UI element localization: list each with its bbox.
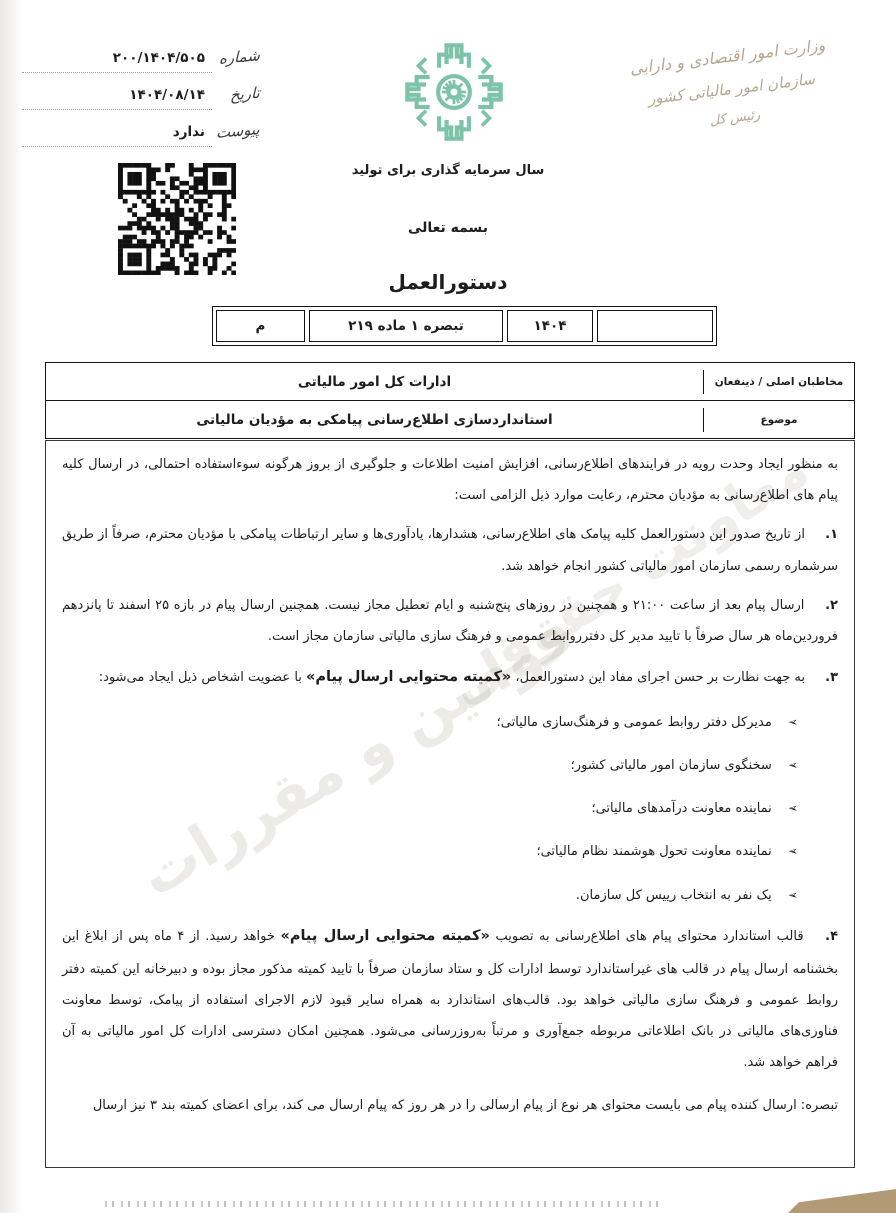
item-3-committee-name: «کمیته محتوایی ارسال پیام» — [306, 669, 511, 685]
item-1-number: ۱. — [825, 527, 838, 542]
classification-cell-year: ۱۴۰۴ — [507, 310, 593, 342]
classification-cell-type-code: م — [216, 310, 305, 342]
item-2: ۲. ارسال پیام بعد از ساعت ۲۱:۰۰ و همچنین… — [62, 590, 838, 652]
item-4-text-after: خواهد رسید. از ۴ ماه پس از ابلاغ این بخش… — [62, 929, 838, 1070]
subject-value: استانداردسازی اطلاع‌رسانی پیامکی به مؤدی… — [46, 408, 704, 432]
scan-edge-shading — [0, 0, 24, 1213]
committee-member-item: ➢ یک نفر به انتخاب رییس کل سازمان. — [62, 880, 798, 911]
letter-attachment-value: ندارد — [173, 124, 205, 140]
item-1: ۱. از تاریخ صدور این دستورالعمل کلیه پیا… — [62, 519, 838, 581]
committee-member-item: ➢ نماینده معاونت درآمدهای مالیاتی؛ — [62, 793, 798, 824]
committee-member-item: ➢ مدیرکل دفتر روابط عمومی و فرهنگ‌سازی م… — [62, 707, 798, 738]
document-type-title: دستورالعمل — [0, 270, 896, 294]
arrow-bullet-icon: ➢ — [788, 708, 798, 737]
subject-row: موضوع استانداردسازی اطلاع‌رسانی پیامکی ب… — [46, 400, 854, 438]
ministry-calligraphy-block: وزارت امور اقتصادی و دارایی سازمان امور … — [591, 24, 870, 149]
committee-member-item: ➢ نماینده معاونت تحول هوشمند نظام مالیات… — [62, 836, 798, 867]
letter-number-value: ۲۰۰/۱۴۰۴/۵۰۵ — [113, 50, 205, 66]
item-3-text-after: با عضویت اشخاص ذیل ایجاد می‌شود: — [99, 670, 302, 685]
item-3-text-before: به جهت نظارت بر حسن اجرای مفاد این دستور… — [511, 670, 805, 685]
arrow-bullet-icon: ➢ — [788, 881, 798, 910]
item-4: ۴. قالب استاندارد محتوای پیام های اطلاع‌… — [62, 919, 838, 1079]
arrow-bullet-icon: ➢ — [788, 837, 798, 866]
committee-member-text: نماینده معاونت تحول هوشمند نظام مالیاتی؛ — [536, 844, 771, 859]
item-3-number: ۳. — [825, 670, 838, 685]
committee-member-text: مدیرکل دفتر روابط عمومی و فرهنگ‌سازی مال… — [497, 715, 772, 730]
classification-strip: ۱۴۰۴ تبصره ۱ ماده ۲۱۹ م — [212, 306, 717, 346]
subject-label: موضوع — [704, 410, 854, 430]
item-4-committee-name: «کمیته محتوایی ارسال پیام» — [280, 928, 489, 944]
note-paragraph: تبصره: ارسال کننده پیام می بایست محتوای … — [62, 1090, 838, 1121]
audience-row: مخاطبان اصلی / ذینفعان ادارات کل امور ما… — [46, 363, 854, 400]
letter-number-label: شماره — [219, 46, 260, 68]
letter-date-row: تاریخ ۱۴۰۴/۰۸/۱۴ — [22, 81, 260, 118]
classification-cell-empty — [597, 310, 713, 342]
committee-member-text: یک نفر به انتخاب رییس کل سازمان. — [576, 888, 772, 903]
arrow-bullet-icon: ➢ — [788, 751, 798, 780]
footer-cutoff-text-strip — [105, 1201, 665, 1207]
item-4-number: ۴. — [825, 929, 838, 944]
qr-code — [118, 163, 236, 275]
directive-body: به منظور ایجاد وحدت رویه در فرایندهای اط… — [45, 440, 855, 1168]
audience-subject-table: مخاطبان اصلی / ذینفعان ادارات کل امور ما… — [45, 362, 855, 439]
committee-member-text: سخنگوی سازمان امور مالیاتی کشور؛ — [571, 758, 772, 773]
intro-paragraph: به منظور ایجاد وحدت رویه در فرایندهای اط… — [62, 449, 838, 511]
committee-member-item: ➢ سخنگوی سازمان امور مالیاتی کشور؛ — [62, 750, 798, 781]
arrow-bullet-icon: ➢ — [788, 794, 798, 823]
classification-cell-legal-basis: تبصره ۱ ماده ۲۱۹ — [309, 310, 503, 342]
tax-administration-emblem-icon — [388, 36, 520, 148]
committee-member-text: نماینده معاونت درآمدهای مالیاتی؛ — [591, 801, 771, 816]
letter-date-value: ۱۴۰۴/۰۸/۱۴ — [129, 87, 205, 103]
item-4-text-before: قالب استاندارد محتوای پیام های اطلاع‌رسا… — [490, 929, 804, 944]
letter-meta-block: شماره ۲۰۰/۱۴۰۴/۵۰۵ تاریخ ۱۴۰۴/۰۸/۱۴ پیوس… — [22, 44, 260, 155]
scanned-directive-document: شماره ۲۰۰/۱۴۰۴/۵۰۵ تاریخ ۱۴۰۴/۰۸/۱۴ پیوس… — [0, 0, 896, 1213]
letter-number-row: شماره ۲۰۰/۱۴۰۴/۵۰۵ — [22, 44, 260, 81]
letter-attachment-label: پیوست — [216, 120, 260, 142]
dotted-leader — [22, 72, 212, 73]
dotted-leader — [22, 109, 212, 110]
audience-value: ادارات کل امور مالیاتی — [46, 370, 704, 394]
desk-corner-background — [788, 1189, 896, 1213]
letter-attachment-row: پیوست ندارد — [22, 118, 260, 155]
item-3: ۳. به جهت نظارت بر حسن اجرای مفاد این دس… — [62, 660, 838, 695]
item-2-text: ارسال پیام بعد از ساعت ۲۱:۰۰ و همچنین در… — [62, 598, 838, 644]
item-1-text: از تاریخ صدور این دستورالعمل کلیه پیامک … — [62, 527, 838, 573]
letter-date-label: تاریخ — [230, 84, 260, 105]
bismillah-heading: بسمه تعالی — [0, 220, 896, 236]
dotted-leader — [22, 146, 212, 147]
item-2-number: ۲. — [825, 598, 838, 613]
audience-label: مخاطبان اصلی / ذینفعان — [704, 372, 854, 392]
